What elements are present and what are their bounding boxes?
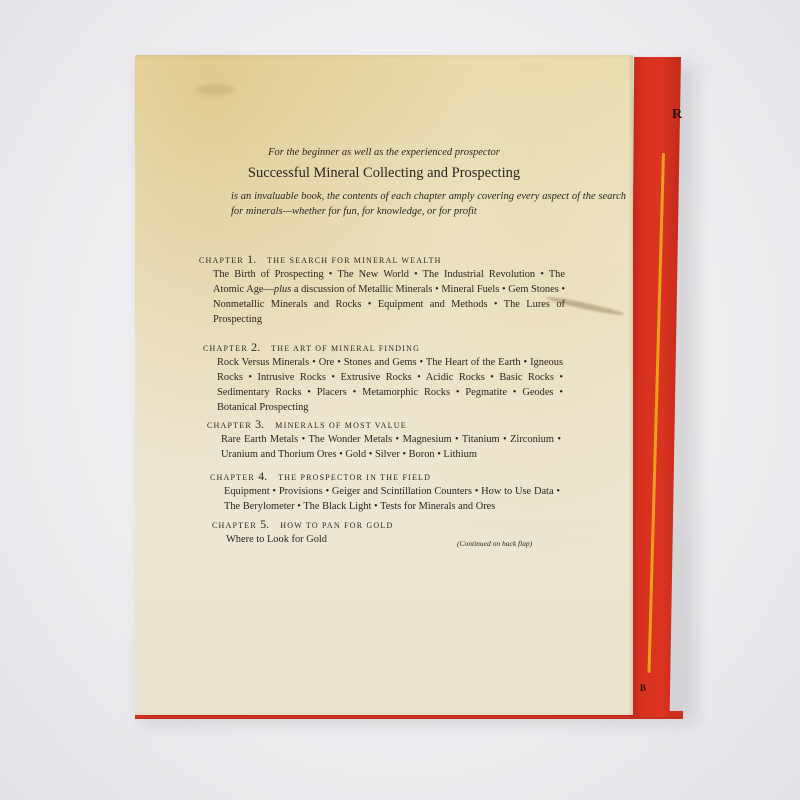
chapter-topics: Rock Versus Minerals • Ore • Stones and … bbox=[217, 355, 563, 415]
chapter-number: 3. bbox=[255, 417, 264, 431]
tagline: For the beginner as well as the experien… bbox=[135, 147, 633, 158]
chapter-number: 1. bbox=[247, 252, 256, 266]
spine-bottom-text: B bbox=[640, 683, 646, 693]
chapter-heading: CHAPTER 3. MINERALS OF MOST VALUE bbox=[207, 417, 561, 432]
chapter-4: CHAPTER 4. THE PROSPECTOR IN THE FIELD E… bbox=[210, 469, 560, 514]
chapter-label: CHAPTER bbox=[210, 473, 255, 482]
chapter-number: 4. bbox=[258, 469, 267, 483]
chapter-3: CHAPTER 3. MINERALS OF MOST VALUE Rare E… bbox=[207, 417, 561, 462]
chapter-heading: CHAPTER 2. THE ART OF MINERAL FINDING bbox=[203, 340, 563, 355]
chapter-heading: CHAPTER 5. HOW TO PAN FOR GOLD bbox=[212, 517, 560, 532]
chapter-label: CHAPTER bbox=[207, 421, 252, 430]
chapter-title: MINERALS OF MOST VALUE bbox=[275, 421, 407, 430]
chapter-heading: CHAPTER 1. THE SEARCH FOR MINERAL WEALTH bbox=[199, 252, 565, 267]
chapter-number: 5. bbox=[260, 517, 269, 531]
book: R B For the beginner as well as the expe… bbox=[135, 55, 685, 718]
chapter-title: THE PROSPECTOR IN THE FIELD bbox=[278, 473, 431, 482]
chapter-title: THE SEARCH FOR MINERAL WEALTH bbox=[267, 256, 442, 265]
chapter-title: HOW TO PAN FOR GOLD bbox=[280, 521, 393, 530]
chapter-1: CHAPTER 1. THE SEARCH FOR MINERAL WEALTH… bbox=[199, 252, 565, 327]
spine-top-letter: R bbox=[672, 107, 682, 123]
emphasis: plus bbox=[274, 284, 291, 295]
chapter-heading: CHAPTER 4. THE PROSPECTOR IN THE FIELD bbox=[210, 469, 560, 484]
chapter-topics: The Birth of Prospecting • The New World… bbox=[213, 267, 565, 327]
continued-note: (Continued on back flap) bbox=[457, 539, 532, 548]
chapter-topics: Equipment • Provisions • Geiger and Scin… bbox=[224, 484, 560, 514]
book-title: Successful Mineral Collecting and Prospe… bbox=[135, 165, 633, 182]
cover-text: For the beginner as well as the experien… bbox=[135, 55, 633, 715]
chapter-label: CHAPTER bbox=[212, 521, 257, 530]
intro-blurb: is an invaluable book, the contents of e… bbox=[231, 189, 626, 219]
chapter-number: 2. bbox=[251, 340, 260, 354]
chapter-label: CHAPTER bbox=[203, 344, 248, 353]
chapter-title: THE ART OF MINERAL FINDING bbox=[271, 344, 420, 353]
chapter-2: CHAPTER 2. THE ART OF MINERAL FINDING Ro… bbox=[203, 340, 563, 415]
chapter-label: CHAPTER bbox=[199, 256, 244, 265]
chapter-topics: Rare Earth Metals • The Wonder Metals • … bbox=[221, 432, 561, 462]
